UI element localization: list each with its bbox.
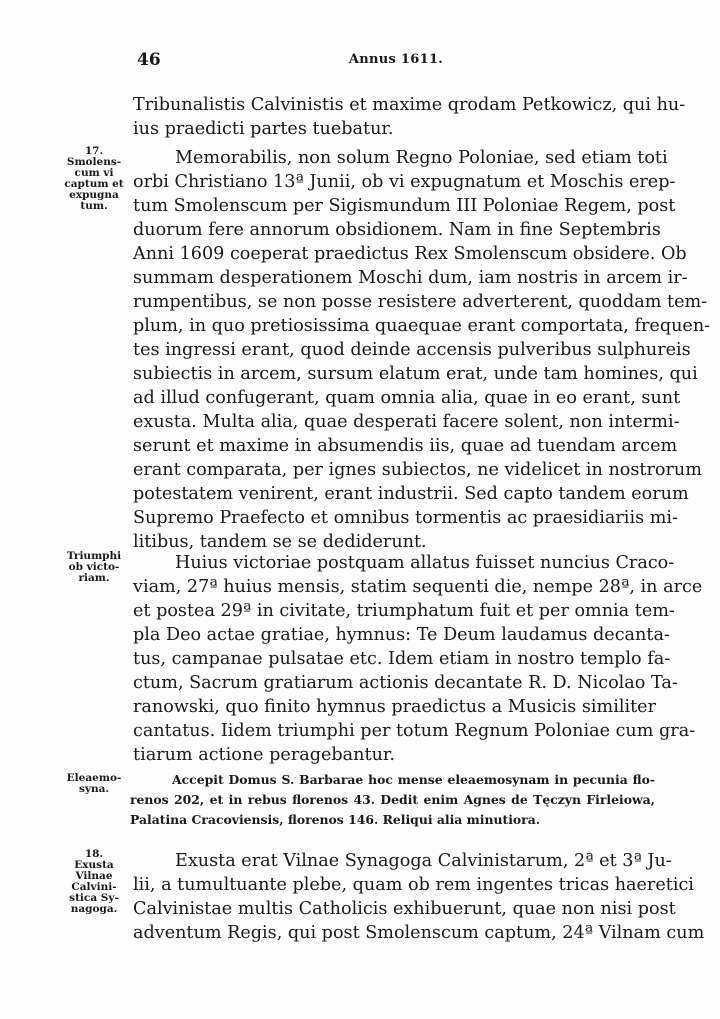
body-line: pla Deo actae gratiae, hymnus: Te Deum l… xyxy=(133,623,655,647)
body-line: ranowski, quo finito hymnus praedictus a… xyxy=(133,695,655,719)
body-line: Supremo Praefecto et omnibus tormentis a… xyxy=(133,506,655,530)
page-header: 46 Annus 1611. xyxy=(137,50,655,72)
body-line: cantatus. Iidem triumphi per totum Regnu… xyxy=(133,719,655,743)
body-line: et postea 29ª in civitate, triumphatum f… xyxy=(133,599,655,623)
body-line: Calvinistae multis Catholicis exhibuerun… xyxy=(133,897,655,921)
body-line: summam desperationem Moschi dum, iam nos… xyxy=(133,266,655,290)
body-line: Tribunalistis Calvinistis et maxime qrod… xyxy=(133,93,655,117)
body-line: tum Smolenscum per Sigismundum III Polon… xyxy=(133,194,655,218)
body-line: ius praedicti partes tuebatur. xyxy=(133,117,655,141)
small-line: Accepit Domus S. Barbarae hoc mense elea… xyxy=(172,770,655,790)
body-line: adventum Regis, qui post Smolenscum capt… xyxy=(133,921,655,945)
book-page: 46 Annus 1611. Tribunalistis Calvinistis… xyxy=(0,0,720,1019)
body-line: rumpentibus, se non posse resistere adve… xyxy=(133,290,655,314)
body-line: subiectis in arcem, sursum elatum erat, … xyxy=(133,362,655,386)
body-line: duorum fere annorum obsidionem. Nam in f… xyxy=(133,218,655,242)
body-line: tiarum actione peragebantur. xyxy=(133,743,655,767)
body-line: Huius victoriae postquam allatus fuisset… xyxy=(175,551,655,575)
margin-note-eleaemosyna: Eleaemo- syna. xyxy=(62,773,126,795)
body-line: exusta. Multa alia, quae desperati facer… xyxy=(133,410,655,434)
running-head: Annus 1611. xyxy=(137,52,655,67)
body-line: lii, a tumultuante plebe, quam ob rem in… xyxy=(133,873,655,897)
body-line: Memorabilis, non solum Regno Poloniae, s… xyxy=(175,146,655,170)
body-line: ctum, Sacrum gratiarum actionis decantat… xyxy=(133,671,655,695)
small-line: renos 202, et in rebus florenos 43. Dedi… xyxy=(130,790,655,810)
body-line: tus, campanae pulsatae etc. Idem etiam i… xyxy=(133,647,655,671)
body-line: Exusta erat Vilnae Synagoga Calvinistaru… xyxy=(175,849,655,873)
body-line: erant comparata, per ignes subiectos, ne… xyxy=(133,458,655,482)
margin-note-18: 18. Exusta Vilnae Calvini- stica Sy- nag… xyxy=(62,849,126,915)
small-line: Palatina Cracoviensis, florenos 146. Rel… xyxy=(130,810,655,830)
body-line: potestatem venirent, erant industrii. Se… xyxy=(133,482,655,506)
body-line: viam, 27ª huius mensis, statim sequenti … xyxy=(133,575,655,599)
body-line: serunt et maxime in absumendis iis, quae… xyxy=(133,434,655,458)
body-line: plum, in quo pretiosissima quaequae eran… xyxy=(133,314,655,338)
body-line: orbi Christiano 13ª Junii, ob vi expugna… xyxy=(133,170,655,194)
margin-note-17: 17. Smolens- cum vi captum et expugna tu… xyxy=(62,146,126,212)
body-line: ad illud confugerant, quam omnia alia, q… xyxy=(133,386,655,410)
body-line: tes ingressi erant, quod deinde accensis… xyxy=(133,338,655,362)
body-line: Anni 1609 coeperat praedictus Rex Smolen… xyxy=(133,242,655,266)
margin-note-triumphi: Triumphi ob victo- riam. xyxy=(62,551,126,584)
